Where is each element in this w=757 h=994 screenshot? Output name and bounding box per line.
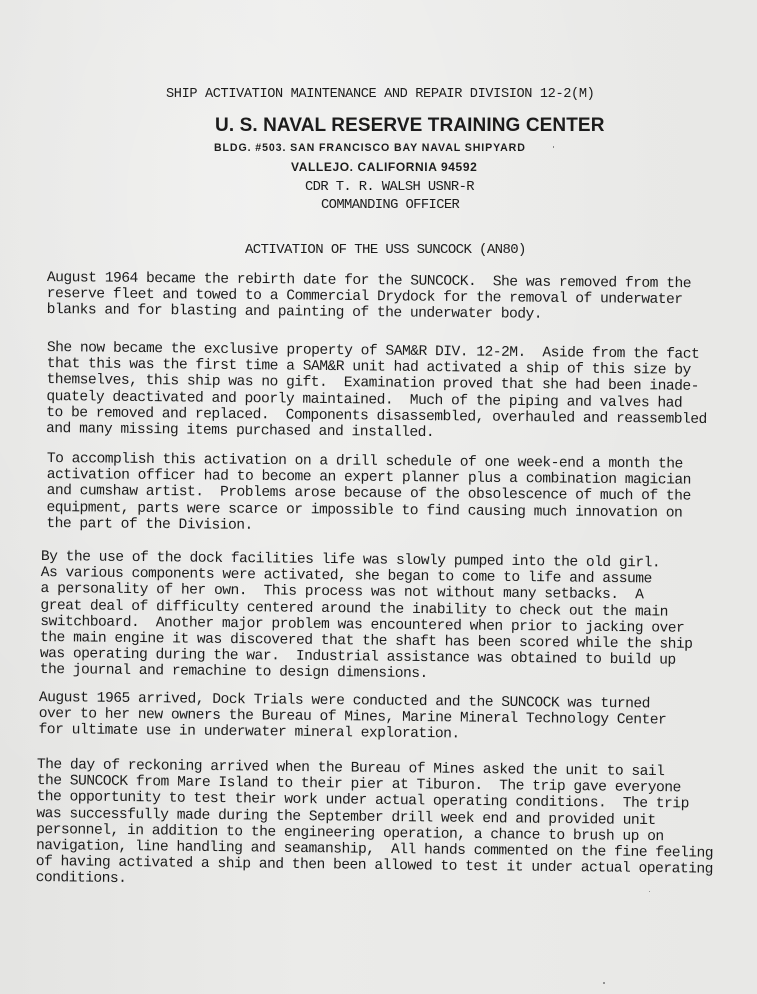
paper-speck <box>603 982 605 984</box>
paragraph: To accomplish this activation on a drill… <box>46 451 691 538</box>
division-heading: SHIP ACTIVATION MAINTENANCE AND REPAIR D… <box>166 86 594 102</box>
scanned-page: SHIP ACTIVATION MAINTENANCE AND REPAIR D… <box>0 0 757 994</box>
organization-city: VALLEJO. CALIFORNIA 94592 <box>291 160 477 174</box>
paragraph: August 1964 became the rebirth date for … <box>47 270 692 325</box>
paper-speck <box>649 891 650 892</box>
paragraph: By the use of the dock facilities life w… <box>40 549 694 685</box>
organization-address: BLDG. #503. SAN FRANCISCO BAY NAVAL SHIP… <box>214 142 526 154</box>
paper-speck <box>553 146 554 148</box>
document-title: ACTIVATION OF THE USS SUNCOCK (AN80) <box>245 242 526 258</box>
paragraph: The day of reckoning arrived when the Bu… <box>36 757 715 894</box>
officer-title: COMMANDING OFFICER <box>321 198 459 213</box>
paragraph: August 1965 arrived, Dock Trials were co… <box>38 690 666 745</box>
officer-name: CDR T. R. WALSH USNR-R <box>305 180 474 195</box>
organization-title: U. S. NAVAL RESERVE TRAINING CENTER <box>215 115 605 137</box>
paper-speck <box>435 420 436 421</box>
paragraph: She now became the exclusive property of… <box>46 340 708 444</box>
